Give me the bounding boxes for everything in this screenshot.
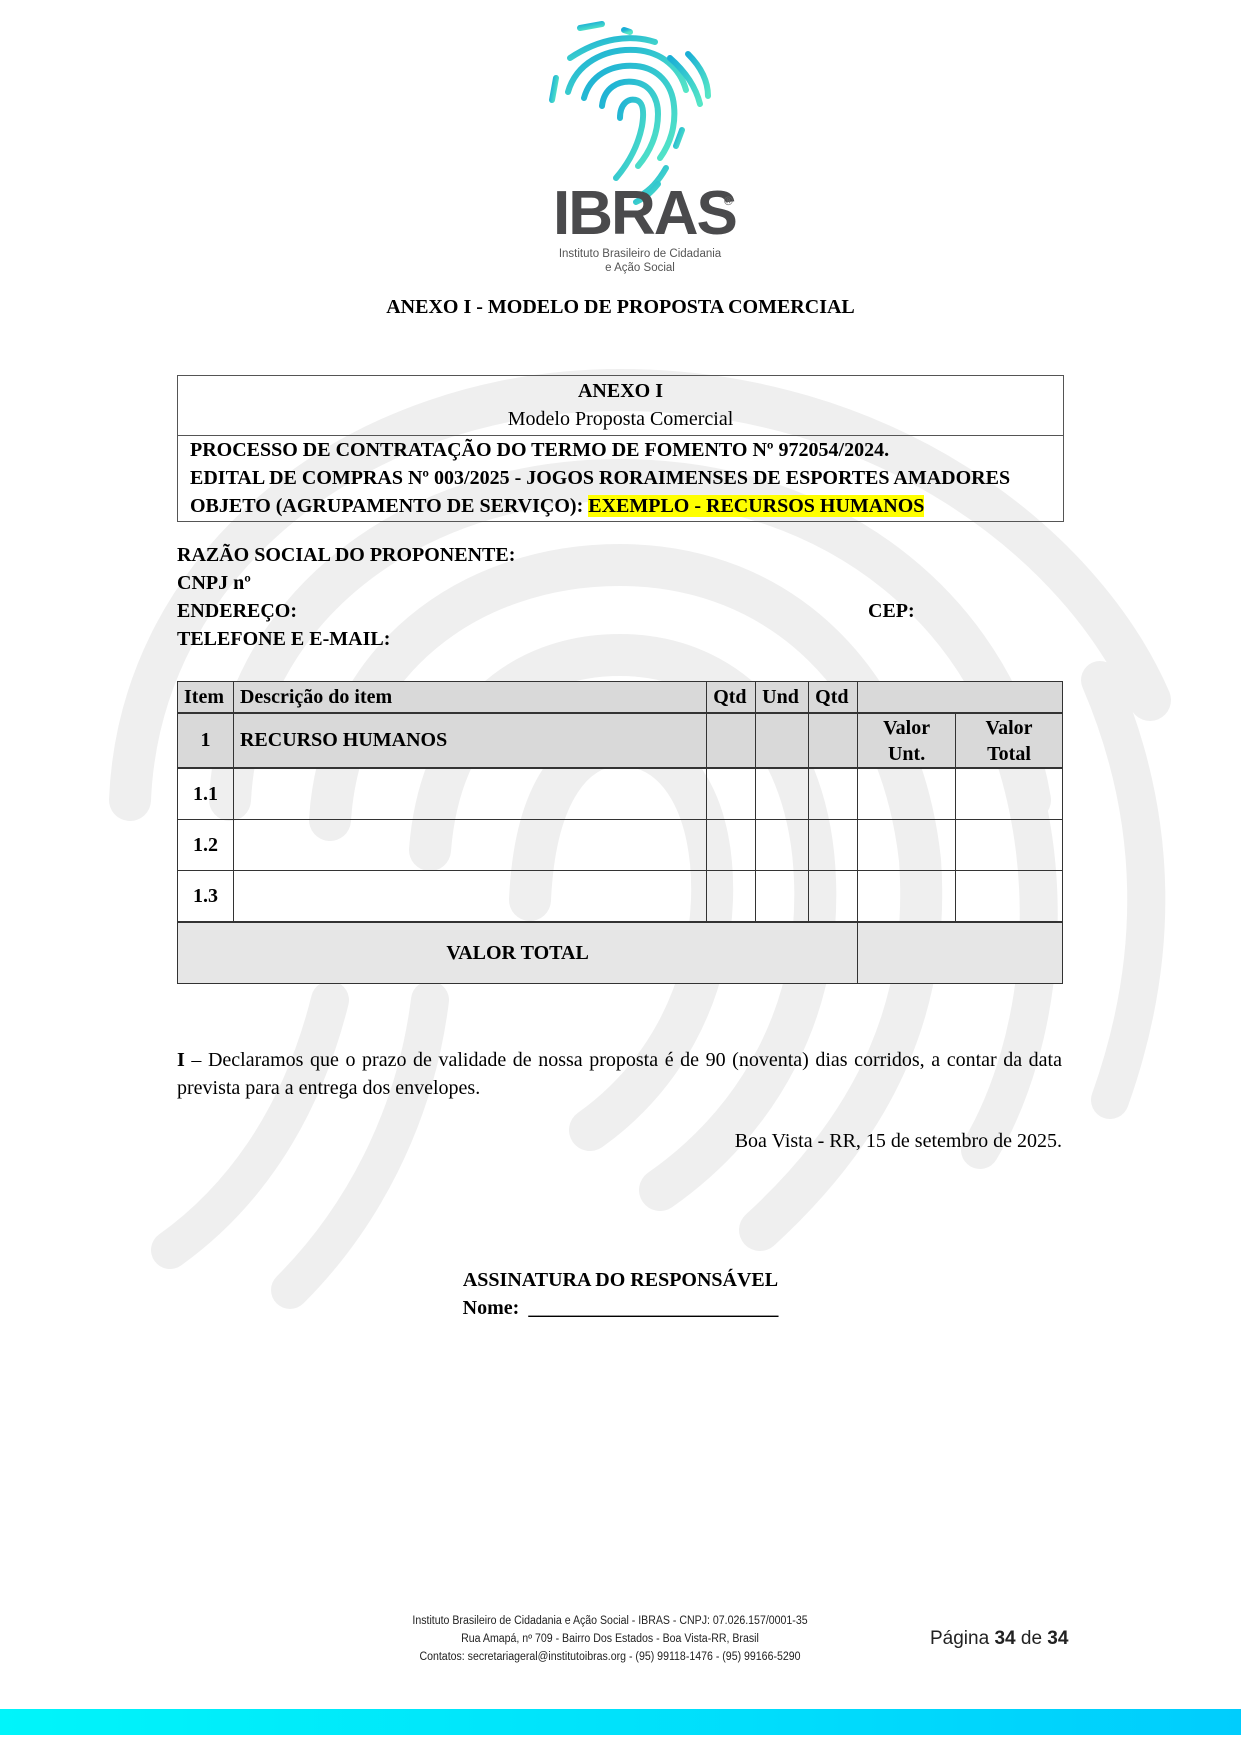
row-qtd-cell[interactable] — [707, 871, 756, 923]
items-table: Item Descrição do item Qtd Und Qtd 1 REC… — [177, 681, 1063, 984]
name-line-field[interactable]: _________________________ — [528, 1294, 778, 1322]
row-und-cell[interactable] — [756, 871, 809, 923]
registered-mark: ® — [724, 194, 733, 208]
declaration-text: – Declaramos que o prazo de validade de … — [177, 1049, 1062, 1099]
header-item: Item — [178, 682, 234, 714]
row-description-cell[interactable] — [233, 871, 706, 923]
annex-header-box: ANEXO I Modelo Proposta Comercial PROCES… — [177, 375, 1064, 522]
endereco-field: ENDEREÇO: — [177, 600, 297, 622]
address-row: ENDEREÇO: CEP: — [177, 597, 1062, 625]
proponent-fields: RAZÃO SOCIAL DO PROPONENTE: CNPJ nº ENDE… — [177, 541, 1062, 653]
group-item-number: 1 — [178, 713, 234, 768]
page-number: Página 34 de 34 — [930, 1628, 1068, 1650]
table-row: 1.2 — [178, 820, 1063, 871]
annex-subtitle: Modelo Proposta Comercial — [178, 405, 1063, 433]
document-page: IBRAS ® Instituto Brasileiro de Cidadani… — [0, 0, 1241, 1755]
row-valor-total-cell[interactable] — [956, 820, 1063, 871]
table-header-row: Item Descrição do item Qtd Und Qtd — [178, 682, 1063, 714]
telefone-email-field: TELEFONE E E-MAIL: — [177, 625, 1062, 653]
signature-block: ASSINATURA DO RESPONSÁVEL Nome: ________… — [0, 1266, 1241, 1322]
footer-accent-bar — [0, 1709, 1241, 1735]
object-line: OBJETO (AGRUPAMENTO DE SERVIÇO): EXEMPLO… — [190, 492, 1051, 520]
row-valor-unit-cell[interactable] — [858, 871, 956, 923]
header-qtd: Qtd — [707, 682, 756, 714]
name-label: Nome: — [463, 1297, 520, 1319]
validity-declaration: I – Declaramos que o prazo de validade d… — [177, 1046, 1062, 1102]
table-row: 1.1 — [178, 768, 1063, 820]
header-descricao: Descrição do item — [233, 682, 706, 714]
total-value-cell[interactable] — [858, 922, 1063, 984]
header-valores-empty — [858, 682, 1063, 714]
table-total-row: VALOR TOTAL — [178, 922, 1063, 984]
row-qtd-cell[interactable] — [707, 768, 756, 820]
cep-field: CEP: — [868, 597, 915, 625]
document-title: ANEXO I - MODELO DE PROPOSTA COMERCIAL — [0, 296, 1241, 319]
header-qtd-2: Qtd — [809, 682, 858, 714]
row-und-cell[interactable] — [756, 820, 809, 871]
row-description-cell[interactable] — [233, 820, 706, 871]
object-label: OBJETO (AGRUPAMENTO DE SERVIÇO): — [190, 495, 588, 517]
row-item-number: 1.3 — [178, 871, 234, 923]
row-valor-total-cell[interactable] — [956, 871, 1063, 923]
header-und: Und — [756, 682, 809, 714]
footer-line-1: Instituto Brasileiro de Cidadania e Ação… — [398, 1612, 821, 1630]
table-group-row: 1 RECURSO HUMANOS ValorUnt. ValorTotal — [178, 713, 1063, 768]
edital-line: EDITAL DE COMPRAS Nº 003/2025 - JOGOS RO… — [190, 464, 1051, 492]
signature-name-row: Nome: _________________________ — [0, 1294, 1241, 1322]
total-label: VALOR TOTAL — [178, 922, 858, 984]
row-valor-unit-cell[interactable] — [858, 768, 956, 820]
row-valor-total-cell[interactable] — [956, 768, 1063, 820]
annex-label: ANEXO I — [178, 377, 1063, 405]
row-description-cell[interactable] — [233, 768, 706, 820]
header-valor-total: ValorTotal — [956, 713, 1063, 768]
logo-subtitle: Instituto Brasileiro de Cidadania e Ação… — [540, 247, 740, 275]
ibras-wordmark: IBRAS — [553, 183, 736, 245]
cnpj-field: CNPJ nº — [177, 569, 1062, 597]
process-line: PROCESSO DE CONTRATAÇÃO DO TERMO DE FOME… — [190, 436, 1051, 464]
row-valor-unit-cell[interactable] — [858, 820, 956, 871]
footer-contact: Instituto Brasileiro de Cidadania e Ação… — [398, 1612, 821, 1666]
row-qtd2-cell[interactable] — [809, 820, 858, 871]
footer-line-3: Contatos: secretariageral@institutoibras… — [398, 1648, 821, 1666]
date-line: Boa Vista - RR, 15 de setembro de 2025. — [177, 1130, 1062, 1153]
table-row: 1.3 — [178, 871, 1063, 923]
row-und-cell[interactable] — [756, 768, 809, 820]
row-item-number: 1.1 — [178, 768, 234, 820]
group-description: RECURSO HUMANOS — [233, 713, 706, 768]
declaration-prefix: I — [177, 1049, 185, 1071]
object-value-highlight: EXEMPLO - RECURSOS HUMANOS — [588, 495, 924, 517]
signature-title: ASSINATURA DO RESPONSÁVEL — [0, 1266, 1241, 1294]
row-item-number: 1.2 — [178, 820, 234, 871]
footer-line-2: Rua Amapá, nº 709 - Bairro Dos Estados -… — [398, 1630, 821, 1648]
razao-social-field: RAZÃO SOCIAL DO PROPONENTE: — [177, 541, 1062, 569]
row-qtd2-cell[interactable] — [809, 768, 858, 820]
header-valor-unit: ValorUnt. — [858, 713, 956, 768]
row-qtd2-cell[interactable] — [809, 871, 858, 923]
row-qtd-cell[interactable] — [707, 820, 756, 871]
